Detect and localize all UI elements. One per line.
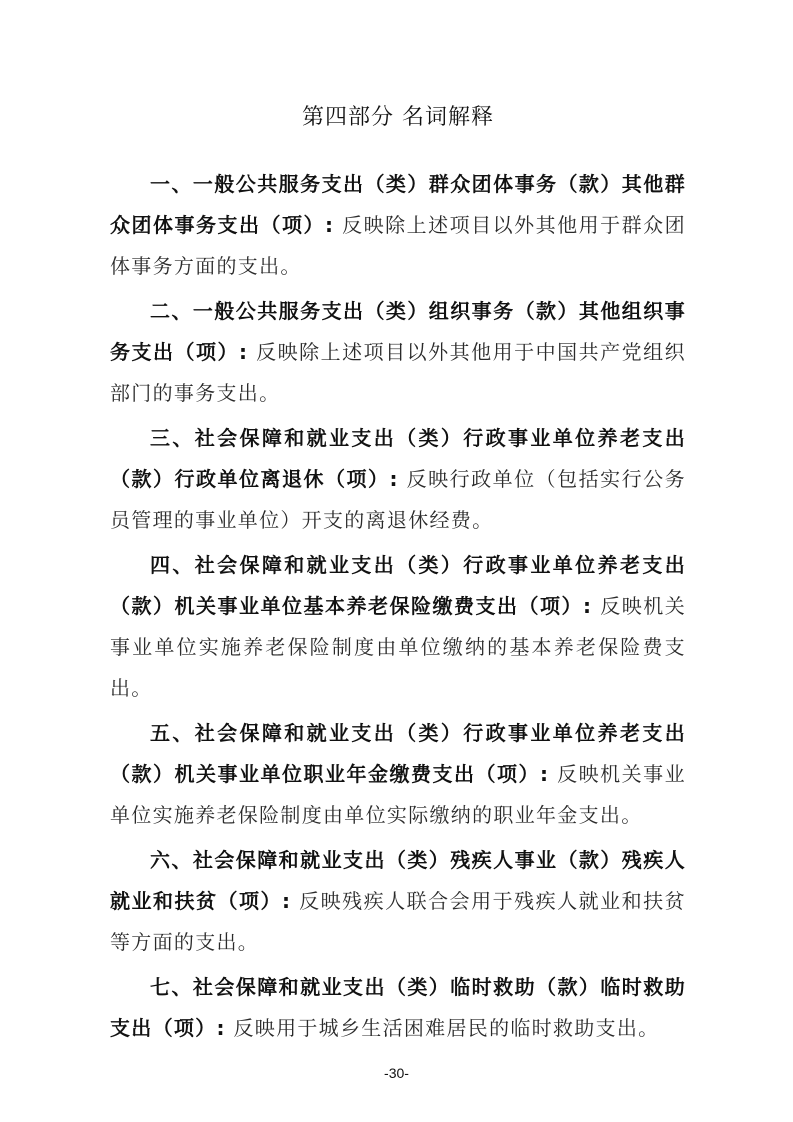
definition-list: 一、一般公共服务支出（类）群众团体事务（款）其他群众团体事务支出（项）: 反映除… [110, 164, 686, 1053]
definition-item-2: 二、一般公共服务支出（类）组织事务（款）其他组织事务支出（项）: 反映除上述项目… [110, 291, 686, 414]
page-number: -30- [0, 1065, 793, 1081]
definition-item-6: 六、社会保障和就业支出（类）残疾人事业（款）残疾人就业和扶贫（项）: 反映残疾人… [110, 840, 686, 963]
definition-item-3: 三、社会保障和就业支出（类）行政事业单位养老支出（款）行政单位离退休（项）: 反… [110, 418, 686, 541]
definition-item-1: 一、一般公共服务支出（类）群众团体事务（款）其他群众团体事务支出（项）: 反映除… [110, 164, 686, 287]
definition-text: 反映用于城乡生活困难居民的临时救助支出。 [233, 1016, 659, 1040]
definition-item-7: 七、社会保障和就业支出（类）临时救助（款）临时救助支出（项）: 反映用于城乡生活… [110, 967, 686, 1049]
definition-item-4: 四、社会保障和就业支出（类）行政事业单位养老支出（款）机关事业单位基本养老保险缴… [110, 545, 686, 709]
section-title: 第四部分 名词解释 [110, 100, 686, 136]
definition-item-5: 五、社会保障和就业支出（类）行政事业单位养老支出（款）机关事业单位职业年金缴费支… [110, 713, 686, 836]
